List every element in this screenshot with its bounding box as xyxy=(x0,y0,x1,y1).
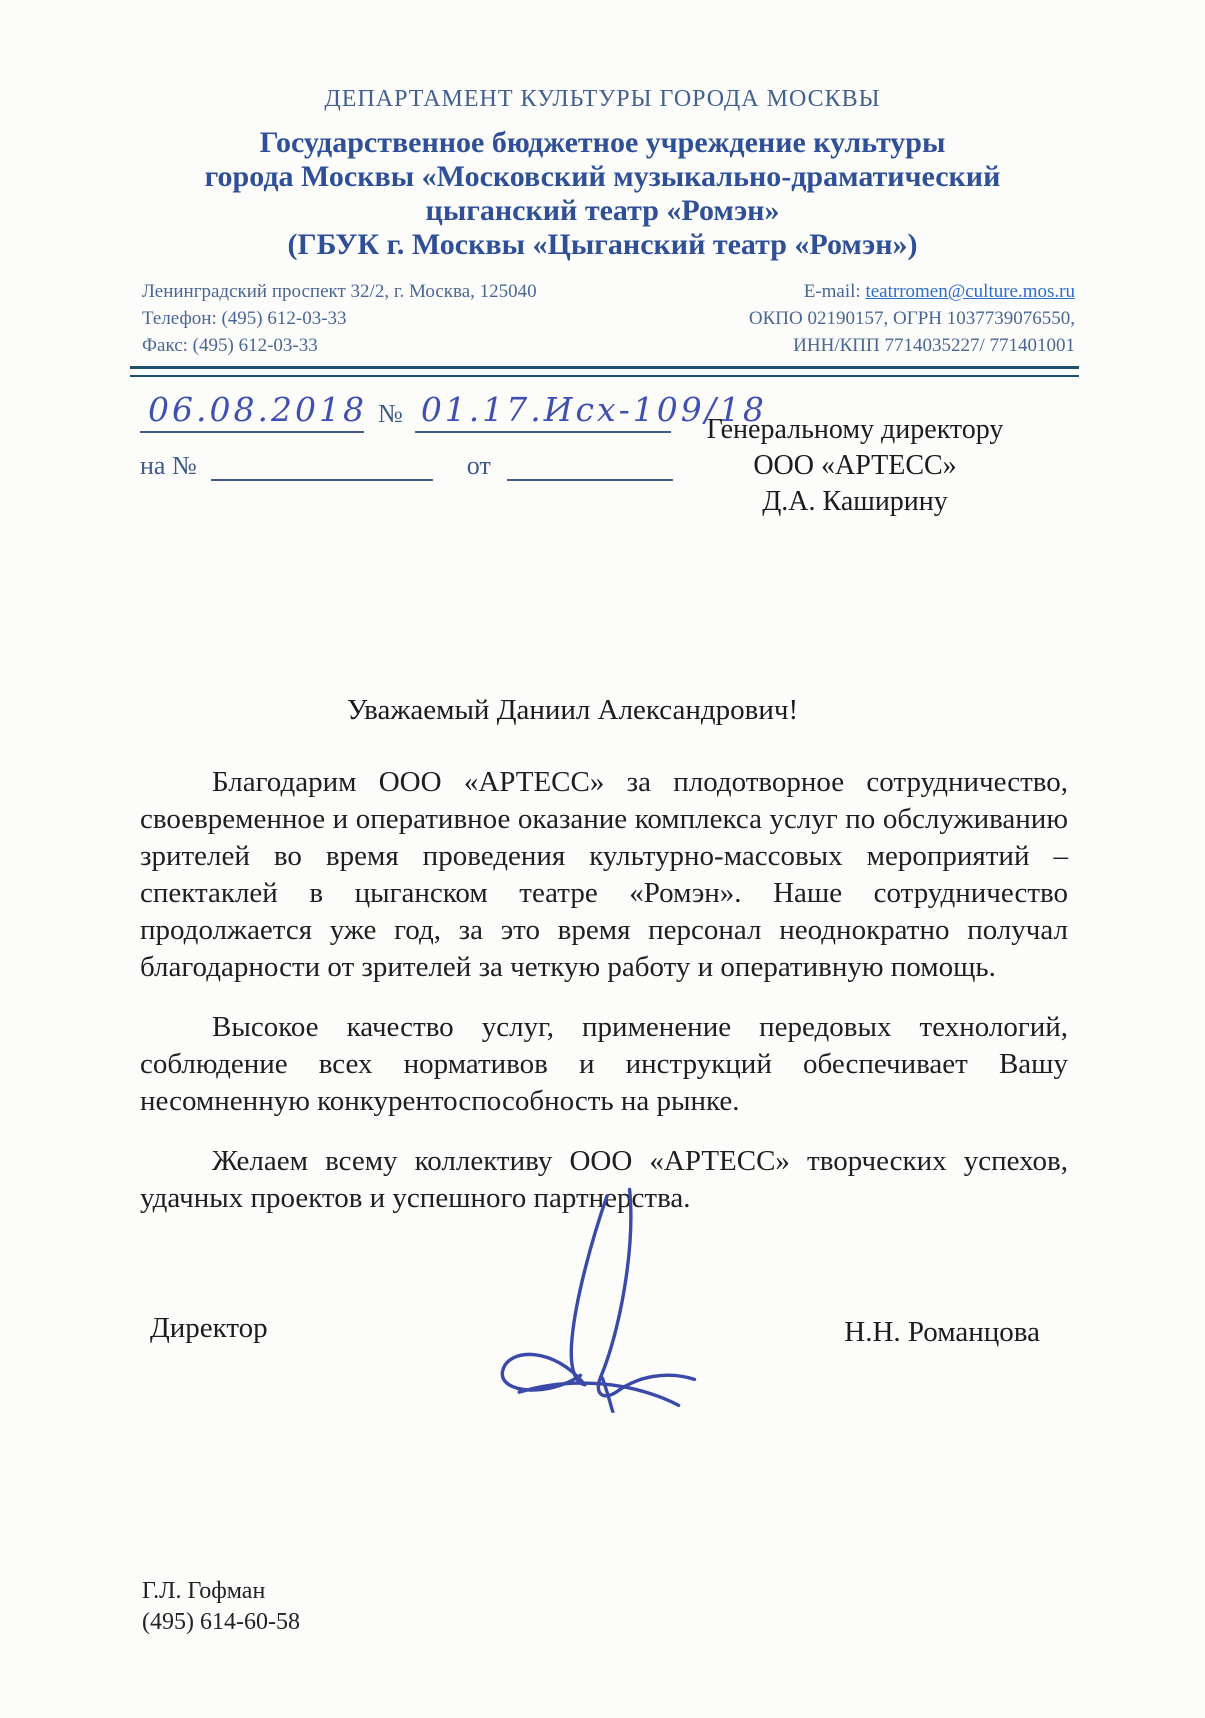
na-no-label: на № xyxy=(140,451,197,481)
org-name-line-4: (ГБУК г. Москвы «Цыганский театр «Ромэн»… xyxy=(0,228,1205,262)
reply-date-blank xyxy=(507,449,673,481)
org-name-line-1: Государственное бюджетное учреждение кул… xyxy=(0,126,1205,160)
reference-block: 06.08.2018 № 01.17.Исх-109/18 на № от xyxy=(140,390,700,481)
salutation: Уважаемый Даниил Александрович! xyxy=(0,694,1145,727)
org-name-line-2: города Москвы «Московский музыкально-дра… xyxy=(0,160,1205,194)
addressee-block: Генеральному директору ООО «АРТЕСС» Д.А.… xyxy=(655,412,1055,520)
date-number-line: 06.08.2018 № 01.17.Исх-109/18 xyxy=(140,390,700,433)
address-line: Ленинградский проспект 32/2, г. Москва, … xyxy=(142,278,537,305)
reply-reference-line: на № от xyxy=(140,449,700,481)
ot-label: от xyxy=(467,451,491,481)
body-paragraph-1: Благодарим ООО «АРТЕСС» за плодотворное … xyxy=(140,764,1068,986)
outgoing-number-handwritten: 01.17.Исх-109/18 xyxy=(415,390,671,433)
fax-line: Факс: (495) 612-03-33 xyxy=(142,332,537,359)
addressee-line-2: ООО «АРТЕСС» xyxy=(655,448,1055,484)
okpo-ogrn-line: ОКПО 02190157, ОГРН 1037739076550, xyxy=(749,305,1075,332)
letter-body: Благодарим ООО «АРТЕСС» за плодотворное … xyxy=(140,764,1068,1240)
letter-page: ДЕПАРТАМЕНТ КУЛЬТУРЫ ГОРОДА МОСКВЫ Госуд… xyxy=(0,0,1205,1718)
signature-ink-icon xyxy=(488,1175,724,1420)
date-handwritten: 06.08.2018 xyxy=(140,390,364,433)
org-name-block: Государственное бюджетное учреждение кул… xyxy=(0,126,1205,262)
letterhead-divider xyxy=(130,366,1079,377)
email-label: E-mail: xyxy=(804,281,866,302)
reply-number-blank xyxy=(211,449,433,481)
executor-name: Г.Л. Гофман xyxy=(142,1576,300,1607)
phone-line: Телефон: (495) 612-03-33 xyxy=(142,305,537,332)
director-label: Директор xyxy=(150,1312,268,1345)
signer-name: Н.Н. Романцова xyxy=(844,1316,1040,1349)
email-link[interactable]: teatrromen@culture.mos.ru xyxy=(865,281,1075,302)
executor-phone: (495) 614-60-58 xyxy=(142,1607,300,1638)
contacts-left: Ленинградский проспект 32/2, г. Москва, … xyxy=(142,278,537,359)
contacts-block: Ленинградский проспект 32/2, г. Москва, … xyxy=(142,278,1075,359)
inn-kpp-line: ИНН/КПП 7714035227/ 771401001 xyxy=(749,332,1075,359)
number-sign-label: № xyxy=(378,399,403,433)
body-paragraph-2: Высокое качество услуг, применение перед… xyxy=(140,1009,1068,1120)
executor-block: Г.Л. Гофман (495) 614-60-58 xyxy=(142,1576,300,1638)
org-name-line-3: цыганский театр «Ромэн» xyxy=(0,194,1205,228)
contacts-right: E-mail: teatrromen@culture.mos.ru ОКПО 0… xyxy=(749,278,1075,359)
signature-image xyxy=(488,1175,724,1420)
addressee-line-3: Д.А. Каширину xyxy=(655,484,1055,520)
email-line: E-mail: teatrromen@culture.mos.ru xyxy=(749,278,1075,305)
addressee-line-1: Генеральному директору xyxy=(655,412,1055,448)
department-line: ДЕПАРТАМЕНТ КУЛЬТУРЫ ГОРОДА МОСКВЫ xyxy=(0,86,1205,113)
